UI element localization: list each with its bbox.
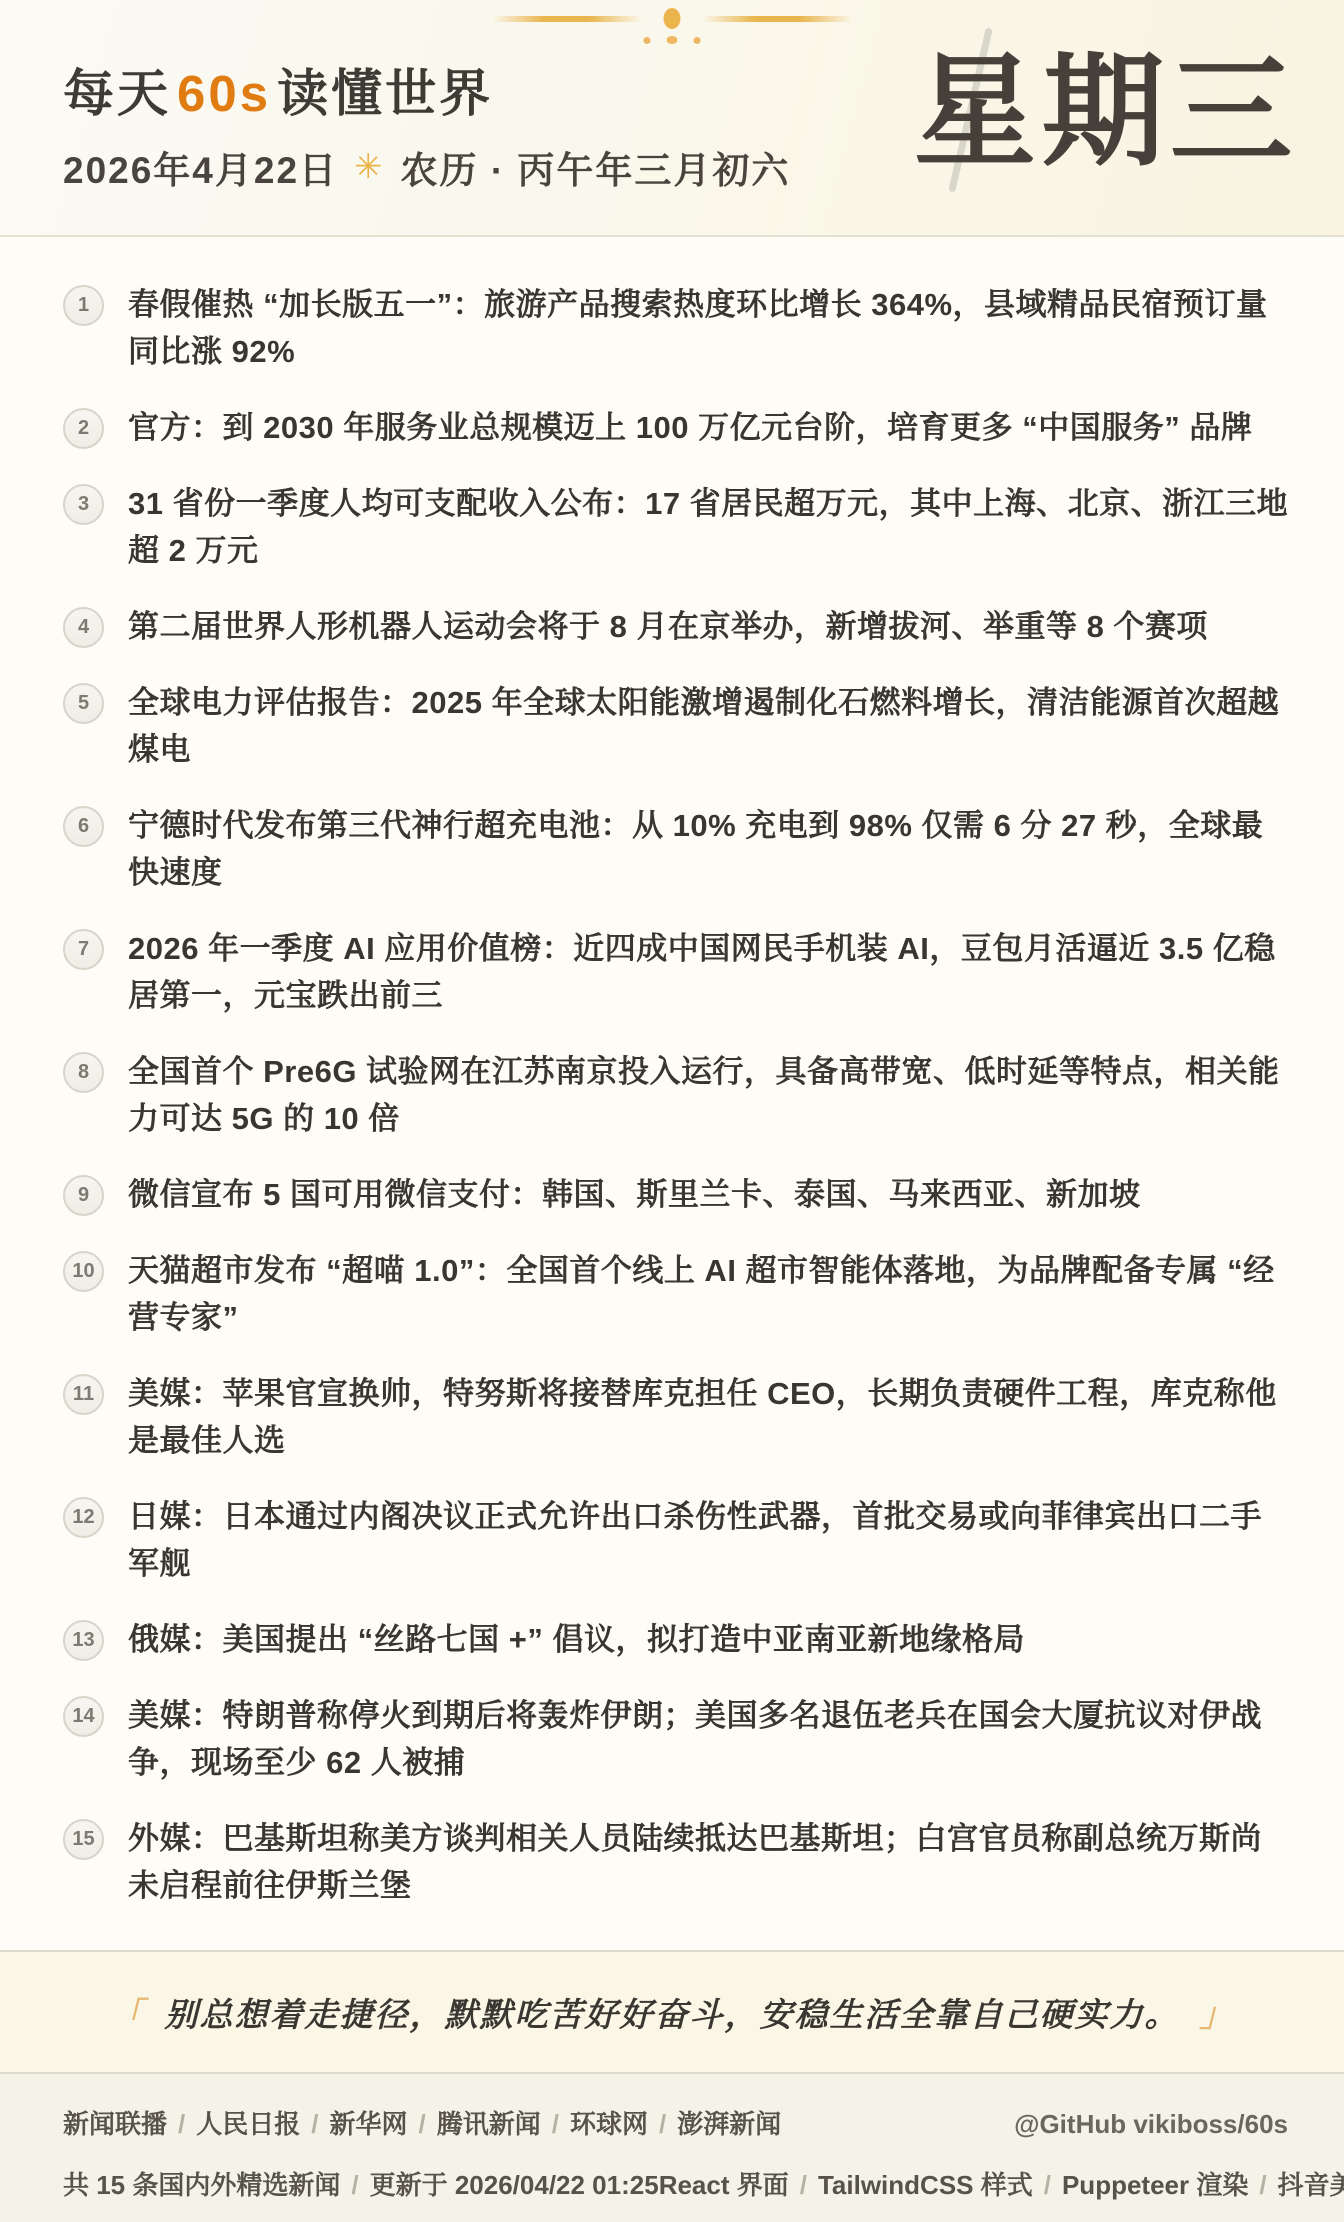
news-item-number-badge: 6 [63, 806, 104, 847]
title-prefix: 每天 [63, 65, 171, 122]
news-item: 8 全国首个 Pre6G 试验网在江苏南京投入运行，具备高带宽、低时延等特点，相… [63, 1048, 1290, 1142]
footer-row-meta: 共 15 条国内外精选新闻/更新于 2026/04/22 01:25 React… [63, 2165, 1288, 2202]
list-item: 腾讯新闻 [437, 2109, 541, 2139]
slash-separator: / [1259, 2170, 1266, 2200]
slash-separator: / [552, 2109, 559, 2139]
news-item-text: 春假催热 “加长版五一”：旅游产品搜索热度环比增长 364%，县域精品民宿预订量… [128, 281, 1290, 375]
news-item: 1 春假催热 “加长版五一”：旅游产品搜索热度环比增长 364%，县域精品民宿预… [63, 281, 1290, 375]
news-item-text: 俄媒：美国提出 “丝路七国 +” 倡议，拟打造中亚南亚新地缘格局 [128, 1616, 1025, 1663]
news-item: 4 第二届世界人形机器人运动会将于 8 月在京举办，新增拔河、举重等 8 个赛项 [63, 603, 1290, 650]
footer-meta-right: React 界面/TailwindCSS 样式/Puppeteer 渲染/抖音美… [659, 2165, 1344, 2202]
news-item-number-badge: 13 [63, 1620, 104, 1661]
news-item: 14 美媒：特朗普称停火到期后将轰炸伊朗；美国多名退伍老兵在国会大厦抗议对伊战争… [63, 1692, 1290, 1786]
news-item-number-badge: 10 [63, 1251, 104, 1292]
title-suffix: 读懂世界 [277, 65, 493, 122]
news-item-number-badge: 9 [63, 1175, 104, 1216]
footer-row-sources: 新闻联播/人民日报/新华网/腾讯新闻/环球网/澎湃新闻 @GitHub viki… [63, 2104, 1288, 2141]
list-item: 新闻联播 [63, 2109, 167, 2139]
quote-text: 别总想着走捷径，默默吃苦好好奋斗，安稳生活全靠自己硬实力。 [165, 1989, 1180, 2036]
news-item-number: 14 [72, 1705, 94, 1728]
list-item: 共 15 条国内外精选新闻 [63, 2170, 340, 2200]
news-item-text: 外媒：巴基斯坦称美方谈判相关人员陆续抵达巴基斯坦；白宫官员称副总统万斯尚未启程前… [128, 1815, 1290, 1909]
lunar-date-text: 农历 · 丙午年三月初六 [401, 140, 791, 194]
list-item: 更新于 2026/04/22 01:25 [370, 2170, 659, 2200]
news-item-number: 10 [72, 1260, 94, 1283]
slash-separator: / [800, 2170, 807, 2200]
list-item: React 界面 [659, 2170, 789, 2200]
news-sources-list: 新闻联播/人民日报/新华网/腾讯新闻/环球网/澎湃新闻 [63, 2104, 781, 2141]
news-item: 15 外媒：巴基斯坦称美方谈判相关人员陆续抵达巴基斯坦；白宫官员称副总统万斯尚未… [63, 1815, 1290, 1909]
ornament-circle-icon [664, 8, 681, 29]
dot-icon [644, 37, 651, 44]
slash-separator: / [178, 2109, 185, 2139]
news-item: 10 天猫超市发布 “超喵 1.0”：全国首个线上 AI 超市智能体落地，为品牌… [63, 1247, 1290, 1341]
news-item-text: 第二届世界人形机器人运动会将于 8 月在京举办，新增拔河、举重等 8 个赛项 [128, 603, 1208, 650]
news-item-text: 美媒：苹果官宣换帅，特努斯将接替库克担任 CEO，长期负责硬件工程，库克称他是最… [128, 1370, 1290, 1464]
slash-separator: / [1044, 2170, 1051, 2200]
quote-section: 「 别总想着走捷径，默默吃苦好好奋斗，安稳生活全靠自己硬实力。 」 [0, 1950, 1344, 2072]
news-item-number-badge: 11 [63, 1374, 104, 1415]
news-item-text: 全国首个 Pre6G 试验网在江苏南京投入运行，具备高带宽、低时延等特点，相关能… [128, 1048, 1290, 1142]
news-item-number: 8 [78, 1061, 89, 1084]
news-item-text: 天猫超市发布 “超喵 1.0”：全国首个线上 AI 超市智能体落地，为品牌配备专… [128, 1247, 1290, 1341]
news-item: 7 2026 年一季度 AI 应用价值榜：近四成中国网民手机装 AI，豆包月活逼… [63, 925, 1290, 1019]
news-item-number: 5 [78, 692, 89, 715]
news-item-number: 4 [78, 616, 89, 639]
page-title: 每天60s读懂世界 [63, 52, 493, 126]
slash-separator: / [351, 2170, 358, 2200]
ornament-line-right [703, 16, 853, 22]
slash-separator: / [419, 2109, 426, 2139]
header-ornament [492, 8, 853, 29]
news-item-number: 13 [72, 1629, 94, 1652]
quote-open-bracket-icon: 「 [110, 1989, 145, 2036]
footer-meta-left: 共 15 条国内外精选新闻/更新于 2026/04/22 01:25 [63, 2165, 659, 2202]
news-item-number: 3 [78, 493, 89, 516]
news-item-number: 6 [78, 815, 89, 838]
news-item: 6 宁德时代发布第三代神行超充电池：从 10% 充电到 98% 仅需 6 分 2… [63, 802, 1290, 896]
date-row: 2026年4月22日 ✳ 农历 · 丙午年三月初六 [63, 140, 790, 194]
news-item: 9 微信宣布 5 国可用微信支付：韩国、斯里兰卡、泰国、马来西亚、新加坡 [63, 1171, 1290, 1218]
news-item-number-badge: 15 [63, 1819, 104, 1860]
news-item-number-badge: 14 [63, 1696, 104, 1737]
list-item: 抖音美好体 [1278, 2170, 1344, 2200]
news-item-number-badge: 4 [63, 607, 104, 648]
quote-close-bracket-icon: 」 [1200, 1989, 1235, 2036]
news-item-number: 2 [78, 417, 89, 440]
news-item-number: 7 [78, 938, 89, 961]
date-text: 2026年4月22日 [63, 140, 338, 194]
ornament-dots [644, 36, 701, 44]
news-item-number-badge: 3 [63, 484, 104, 525]
list-item: 新华网 [330, 2109, 408, 2139]
news-item-text: 日媒：日本通过内阁决议正式允许出口杀伤性武器，首批交易或向菲律宾出口二手军舰 [128, 1493, 1290, 1587]
news-list: 1 春假催热 “加长版五一”：旅游产品搜索热度环比增长 364%，县域精品民宿预… [0, 237, 1344, 1950]
header: 每天60s读懂世界 2026年4月22日 ✳ 农历 · 丙午年三月初六 星期三 [0, 0, 1344, 237]
news-item-text: 2026 年一季度 AI 应用价值榜：近四成中国网民手机装 AI，豆包月活逼近 … [128, 925, 1290, 1019]
weekday-label: 星期三 [914, 14, 1298, 189]
dot-icon [694, 37, 701, 44]
footer: 新闻联播/人民日报/新华网/腾讯新闻/环球网/澎湃新闻 @GitHub viki… [0, 2072, 1344, 2222]
news-item: 12 日媒：日本通过内阁决议正式允许出口杀伤性武器，首批交易或向菲律宾出口二手军… [63, 1493, 1290, 1587]
news-item: 5 全球电力评估报告：2025 年全球太阳能激增遏制化石燃料增长，清洁能源首次超… [63, 679, 1290, 773]
news-item-text: 宁德时代发布第三代神行超充电池：从 10% 充电到 98% 仅需 6 分 27 … [128, 802, 1290, 896]
list-item: 环球网 [570, 2109, 648, 2139]
news-item-text: 官方：到 2030 年服务业总规模迈上 100 万亿元台阶，培育更多 “中国服务… [128, 404, 1252, 451]
dot-icon [667, 36, 678, 44]
news-item-number-badge: 2 [63, 408, 104, 449]
github-handle: @GitHub vikiboss/60s [1014, 2109, 1288, 2140]
slash-separator: / [659, 2109, 666, 2139]
news-item-number-badge: 8 [63, 1052, 104, 1093]
news-item: 2 官方：到 2030 年服务业总规模迈上 100 万亿元台阶，培育更多 “中国… [63, 404, 1290, 451]
news-item: 11 美媒：苹果官宣换帅，特努斯将接替库克担任 CEO，长期负责硬件工程，库克称… [63, 1370, 1290, 1464]
news-item-number: 9 [78, 1184, 89, 1207]
list-item: TailwindCSS 样式 [818, 2170, 1033, 2200]
news-item-text: 美媒：特朗普称停火到期后将轰炸伊朗；美国多名退伍老兵在国会大厦抗议对伊战争，现场… [128, 1692, 1290, 1786]
list-item: 澎湃新闻 [677, 2109, 781, 2139]
news-item-number: 1 [78, 294, 89, 317]
news-item-text: 微信宣布 5 国可用微信支付：韩国、斯里兰卡、泰国、马来西亚、新加坡 [128, 1171, 1140, 1218]
news-item-text: 全球电力评估报告：2025 年全球太阳能激增遏制化石燃料增长，清洁能源首次超越煤… [128, 679, 1290, 773]
news-item-number: 11 [73, 1383, 94, 1406]
news-item-number-badge: 7 [63, 929, 104, 970]
news-item-number-badge: 12 [63, 1497, 104, 1538]
list-item: 人民日报 [196, 2109, 300, 2139]
news-item-number: 12 [72, 1506, 94, 1529]
slash-separator: / [311, 2109, 318, 2139]
news-item-number-badge: 5 [63, 683, 104, 724]
news-item-number-badge: 1 [63, 285, 104, 326]
news-item: 3 31 省份一季度人均可支配收入公布：17 省居民超万元，其中上海、北京、浙江… [63, 480, 1290, 574]
title-accent: 60s [171, 65, 277, 122]
list-item: Puppeteer 渲染 [1062, 2170, 1248, 2200]
news-item-number: 15 [72, 1828, 94, 1851]
news-item-text: 31 省份一季度人均可支配收入公布：17 省居民超万元，其中上海、北京、浙江三地… [128, 480, 1290, 574]
news-item: 13 俄媒：美国提出 “丝路七国 +” 倡议，拟打造中亚南亚新地缘格局 [63, 1616, 1290, 1663]
star-icon: ✳ [354, 147, 385, 187]
ornament-line-left [492, 16, 642, 22]
